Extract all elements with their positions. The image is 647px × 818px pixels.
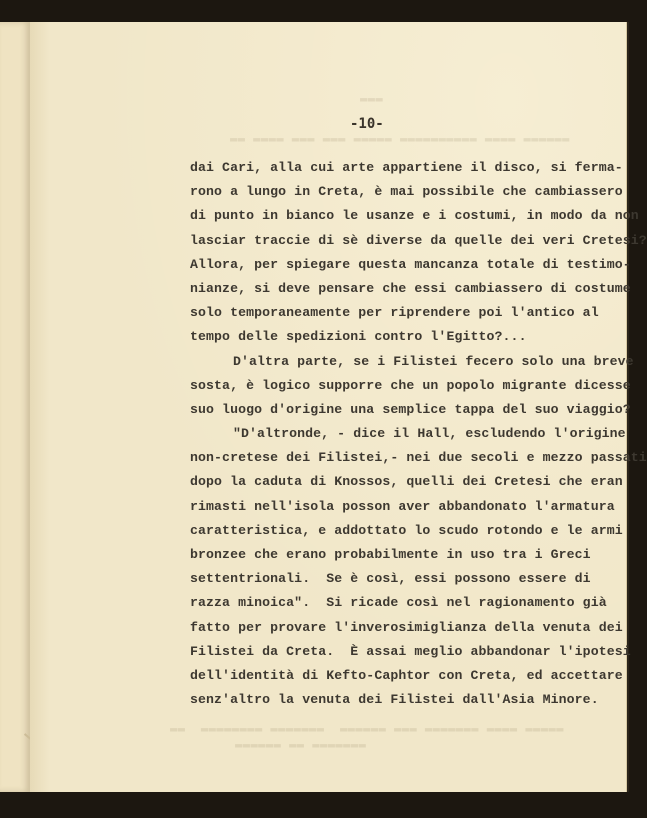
bleed-through-footnote: ▬▬ ▬▬▬▬▬▬▬▬ ▬▬▬▬▬▬▬ ▬▬▬▬▬▬ ▬▬▬ ▬▬▬▬▬▬▬ ▬… (170, 722, 564, 736)
text-line: suo luogo d'origine una semplice tappa d… (190, 398, 610, 422)
text-line: rimasti nell'isola posson aver abbandona… (190, 495, 610, 519)
text-line: bronzee che erano probabilmente in uso t… (190, 543, 610, 567)
text-line: nianze, si deve pensare che essi cambias… (190, 277, 610, 301)
text-line: Allora, per spiegare questa mancanza tot… (190, 253, 610, 277)
text-line: Filistei da Creta. È assai meglio abband… (190, 640, 610, 664)
scanned-document: ▬▬▬ ▬▬ ▬▬▬▬ ▬▬▬ ▬▬▬ ▬▬▬▬▬ ▬▬▬▬▬▬▬▬▬▬ ▬▬▬… (0, 0, 647, 818)
previous-page-edge (0, 22, 32, 792)
text-line: solo temporaneamente per riprendere poi … (190, 301, 610, 325)
text-line: dell'identità di Kefto-Caphtor con Creta… (190, 664, 610, 688)
bleed-through-top: ▬▬▬ (360, 92, 383, 106)
bleed-through-footnote-2: ▬▬▬▬▬▬ ▬▬ ▬▬▬▬▬▬▬ (235, 738, 366, 752)
text-line: caratteristica, e addottato lo scudo rot… (190, 519, 610, 543)
text-line: sosta, è logico supporre che un popolo m… (190, 374, 610, 398)
bleed-through-header: ▬▬ ▬▬▬▬ ▬▬▬ ▬▬▬ ▬▬▬▬▬ ▬▬▬▬▬▬▬▬▬▬ ▬▬▬▬ ▬▬… (230, 132, 570, 146)
body-text: dai Cari, alla cui arte appartiene il di… (190, 156, 610, 712)
page-number: -10- (350, 116, 384, 132)
text-line: non-cretese dei Filistei,- nei due secol… (190, 446, 610, 470)
text-line: dopo la caduta di Knossos, quelli dei Cr… (190, 470, 610, 494)
text-line: settentrionali. Se è così, essi possono … (190, 567, 610, 591)
text-line: "D'altronde, - dice il Hall, escludendo … (190, 422, 610, 446)
text-line: senz'altro la venuta dei Filistei dall'A… (190, 688, 610, 712)
text-line: di punto in bianco le usanze e i costumi… (190, 204, 610, 228)
text-line: fatto per provare l'inverosimiglianza de… (190, 616, 610, 640)
text-line: dai Cari, alla cui arte appartiene il di… (190, 156, 610, 180)
text-line: rono a lungo in Creta, è mai possibile c… (190, 180, 610, 204)
text-line: tempo delle spedizioni contro l'Egitto?.… (190, 325, 610, 349)
text-line: D'altra parte, se i Filistei fecero solo… (190, 350, 610, 374)
text-line: razza minoica". Si ricade così nel ragio… (190, 591, 610, 615)
text-line: lasciar traccie di sè diverse da quelle … (190, 229, 610, 253)
